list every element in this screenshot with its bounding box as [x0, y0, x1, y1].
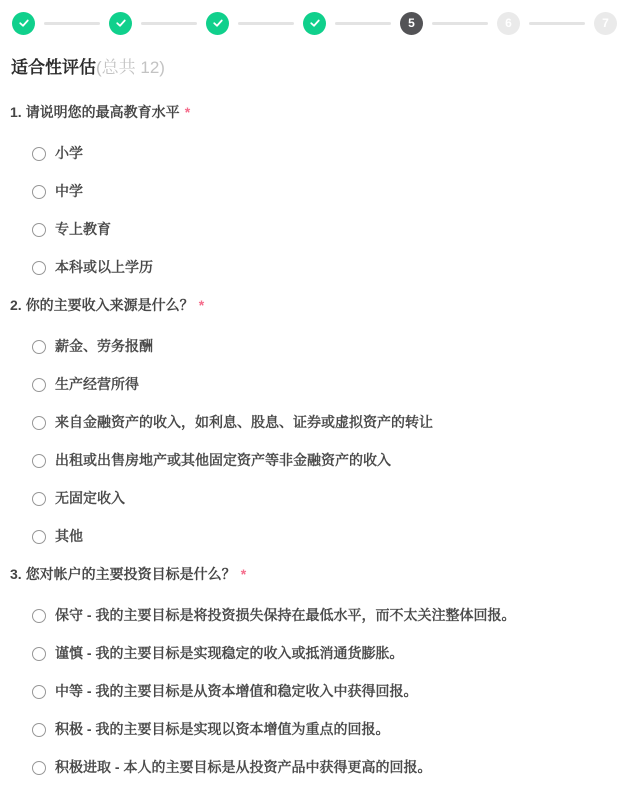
stepper-connector — [141, 22, 197, 25]
radio-option[interactable]: 谨慎 - 我的主要目标是实现稳定的收入或抵消通货膨胀。 — [32, 645, 618, 662]
page-title: 适合性评估 — [11, 58, 96, 77]
radio-option-label: 薪金、劳务报酬 — [55, 338, 153, 355]
radio-option[interactable]: 积极 - 我的主要目标是实现以资本增值为重点的回报。 — [32, 721, 618, 738]
stepper-step-7: 7 — [594, 12, 617, 35]
radio-option[interactable]: 中等 - 我的主要目标是从资本增值和稳定收入中获得回报。 — [32, 683, 618, 700]
radio-option[interactable]: 保守 - 我的主要目标是将投资损失保持在最低水平，而不太关注整体回报。 — [32, 607, 618, 624]
stepper-step-5: 5 — [400, 12, 423, 35]
radio-button-icon[interactable] — [32, 647, 46, 661]
question-label: 1.请说明您的最高教育水平* — [10, 104, 618, 121]
radio-button-icon[interactable] — [32, 378, 46, 392]
radio-option[interactable]: 薪金、劳务报酬 — [32, 338, 618, 355]
radio-button-icon[interactable] — [32, 530, 46, 544]
questions: 1.请说明您的最高教育水平* 小学 中学 专上教育 本科或以上学历 2.你的主要… — [10, 104, 618, 776]
options-list: 薪金、劳务报酬 生产经营所得 来自金融资产的收入，如利息、股息、证券或虚拟资产的… — [10, 338, 618, 545]
radio-button-icon[interactable] — [32, 340, 46, 354]
radio-button-icon[interactable] — [32, 609, 46, 623]
question-text: 请说明您的最高教育水平 — [26, 104, 180, 120]
radio-button-icon[interactable] — [32, 723, 46, 737]
radio-option[interactable]: 积极进取 - 本人的主要目标是从投资产品中获得更高的回报。 — [32, 759, 618, 776]
radio-option-label: 来自金融资产的收入，如利息、股息、证券或虚拟资产的转让 — [55, 414, 433, 431]
options-list: 小学 中学 专上教育 本科或以上学历 — [10, 145, 618, 276]
question-text: 你的主要收入来源是什么？ — [26, 297, 194, 313]
radio-button-icon[interactable] — [32, 454, 46, 468]
check-icon — [309, 17, 321, 29]
radio-option-label: 其他 — [55, 528, 83, 545]
radio-option-label: 积极进取 - 本人的主要目标是从投资产品中获得更高的回报。 — [55, 759, 431, 776]
check-icon — [212, 17, 224, 29]
radio-button-icon[interactable] — [32, 261, 46, 275]
page-header: 适合性评估(总共 12) — [11, 57, 618, 78]
required-asterisk: * — [199, 297, 204, 313]
question-text: 您对帐户的主要投资目标是什么？ — [26, 566, 236, 582]
radio-option-label: 专上教育 — [55, 221, 111, 238]
stepper-connector — [432, 22, 488, 25]
radio-option[interactable]: 生产经营所得 — [32, 376, 618, 393]
required-asterisk: * — [185, 104, 190, 120]
radio-option-label: 中等 - 我的主要目标是从资本增值和稳定收入中获得回报。 — [55, 683, 417, 700]
stepper-step-3 — [206, 12, 229, 35]
question-count: (总共 12) — [96, 58, 165, 77]
radio-option[interactable]: 专上教育 — [32, 221, 618, 238]
stepper-step-1 — [12, 12, 35, 35]
radio-button-icon[interactable] — [32, 685, 46, 699]
question-label: 3.您对帐户的主要投资目标是什么？* — [10, 566, 618, 583]
radio-option-label: 生产经营所得 — [55, 376, 139, 393]
radio-option-label: 积极 - 我的主要目标是实现以资本增值为重点的回报。 — [55, 721, 389, 738]
stepper-connector — [335, 22, 391, 25]
radio-button-icon[interactable] — [32, 147, 46, 161]
radio-option[interactable]: 中学 — [32, 183, 618, 200]
check-icon — [18, 17, 30, 29]
radio-option[interactable]: 无固定收入 — [32, 490, 618, 507]
question-number: 2. — [10, 297, 22, 313]
stepper: 567 — [10, 11, 618, 35]
radio-button-icon[interactable] — [32, 185, 46, 199]
stepper-connector — [529, 22, 585, 25]
stepper-step-4 — [303, 12, 326, 35]
radio-option-label: 保守 - 我的主要目标是将投资损失保持在最低水平，而不太关注整体回报。 — [55, 607, 515, 624]
question-block-3: 3.您对帐户的主要投资目标是什么？* 保守 - 我的主要目标是将投资损失保持在最… — [10, 566, 618, 776]
question-number: 1. — [10, 104, 22, 120]
question-block-2: 2.你的主要收入来源是什么？* 薪金、劳务报酬 生产经营所得 来自金融资产的收入… — [10, 297, 618, 545]
radio-option-label: 中学 — [55, 183, 83, 200]
radio-option[interactable]: 小学 — [32, 145, 618, 162]
options-list: 保守 - 我的主要目标是将投资损失保持在最低水平，而不太关注整体回报。 谨慎 -… — [10, 607, 618, 776]
radio-button-icon[interactable] — [32, 416, 46, 430]
radio-option[interactable]: 来自金融资产的收入，如利息、股息、证券或虚拟资产的转让 — [32, 414, 618, 431]
radio-option-label: 出租或出售房地产或其他固定资产等非金融资产的收入 — [55, 452, 391, 469]
required-asterisk: * — [241, 566, 246, 582]
radio-option[interactable]: 其他 — [32, 528, 618, 545]
stepper-step-2 — [109, 12, 132, 35]
check-icon — [115, 17, 127, 29]
suitability-assessment-page: 567 适合性评估(总共 12) 1.请说明您的最高教育水平* 小学 中学 专上… — [0, 0, 627, 805]
radio-option-label: 无固定收入 — [55, 490, 125, 507]
stepper-step-6: 6 — [497, 12, 520, 35]
radio-option-label: 谨慎 - 我的主要目标是实现稳定的收入或抵消通货膨胀。 — [55, 645, 403, 662]
question-number: 3. — [10, 566, 22, 582]
radio-option-label: 本科或以上学历 — [55, 259, 153, 276]
stepper-connector — [44, 22, 100, 25]
stepper-connector — [238, 22, 294, 25]
radio-option[interactable]: 本科或以上学历 — [32, 259, 618, 276]
radio-button-icon[interactable] — [32, 761, 46, 775]
question-block-1: 1.请说明您的最高教育水平* 小学 中学 专上教育 本科或以上学历 — [10, 104, 618, 276]
radio-button-icon[interactable] — [32, 223, 46, 237]
radio-button-icon[interactable] — [32, 492, 46, 506]
radio-option-label: 小学 — [55, 145, 83, 162]
radio-option[interactable]: 出租或出售房地产或其他固定资产等非金融资产的收入 — [32, 452, 618, 469]
question-label: 2.你的主要收入来源是什么？* — [10, 297, 618, 314]
